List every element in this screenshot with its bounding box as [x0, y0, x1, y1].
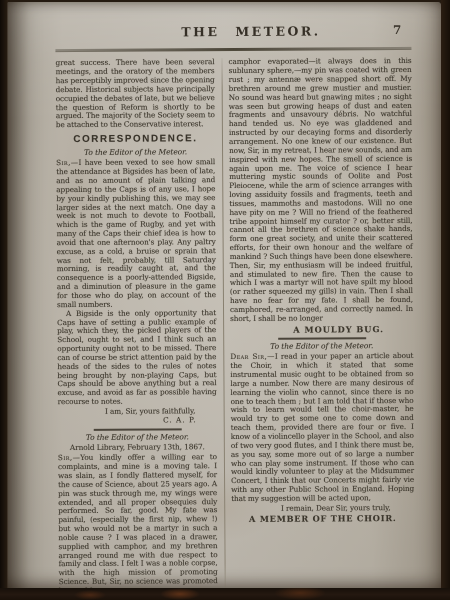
letter2-opening: Sir,— — [58, 453, 80, 462]
article-continuation: great success. There have been several m… — [55, 59, 214, 131]
letter3-signature: A MEMBER OF THE CHOIR. — [231, 513, 414, 523]
letter3-salutation: To the Editor of the Meteor. — [230, 342, 413, 352]
book-right-edge — [441, 0, 450, 600]
letter2-salutation: To the Editor of the Meteor. — [58, 433, 217, 443]
letter2-paragraph-1: Sir,—You kindly offer a willing ear to c… — [58, 453, 218, 595]
publication-title: THE METEOR. — [181, 23, 320, 39]
letter2-body-1: You kindly offer a willing ear to compla… — [58, 452, 218, 595]
letter1-signature: C. A. P. — [58, 416, 217, 426]
section-divider-rule — [278, 337, 366, 340]
paper-page: THE METEOR. 7 great success. There have … — [7, 2, 441, 589]
column-divider-rule — [221, 58, 225, 594]
section-divider-rule — [93, 428, 181, 431]
right-column: camphor evaporated—it always does in thi… — [228, 57, 414, 595]
letter1-paragraph-2: A Bigside is the only opportunity that C… — [57, 309, 217, 407]
book-bottom-edge — [0, 588, 450, 600]
scanned-book-photo: THE METEOR. 7 great success. There have … — [0, 0, 450, 600]
letter1-salutation: To the Editor of the Meteor. — [56, 148, 215, 158]
page-content: THE METEOR. 7 great success. There have … — [55, 17, 415, 596]
page-number: 7 — [393, 23, 401, 37]
book-gutter-edge — [0, 0, 8, 600]
left-column: great success. There have been several m… — [55, 59, 217, 596]
letter1-opening: Sir,— — [56, 158, 78, 167]
letter1-body-1: I have been vexed to see how small the a… — [56, 157, 216, 308]
header-rule — [55, 47, 411, 53]
running-head: THE METEOR. 7 — [55, 17, 411, 45]
letter2-paragraph-continued: camphor evaporated—it always does in thi… — [228, 57, 413, 323]
correspondence-heading: CORRESPONDENCE. — [56, 135, 215, 145]
letter1-paragraph-1: Sir,—I have been vexed to see how small … — [56, 158, 216, 309]
letter2-signature: A MOULDY BUG. — [230, 325, 413, 335]
letter3-opening: Dear Sir,— — [230, 352, 275, 361]
two-column-text: great success. There have been several m… — [55, 57, 414, 596]
letter3-body-1: I read in your paper an article about th… — [230, 351, 414, 503]
letter3-paragraph-1: Dear Sir,—I read in your paper an articl… — [230, 352, 414, 503]
